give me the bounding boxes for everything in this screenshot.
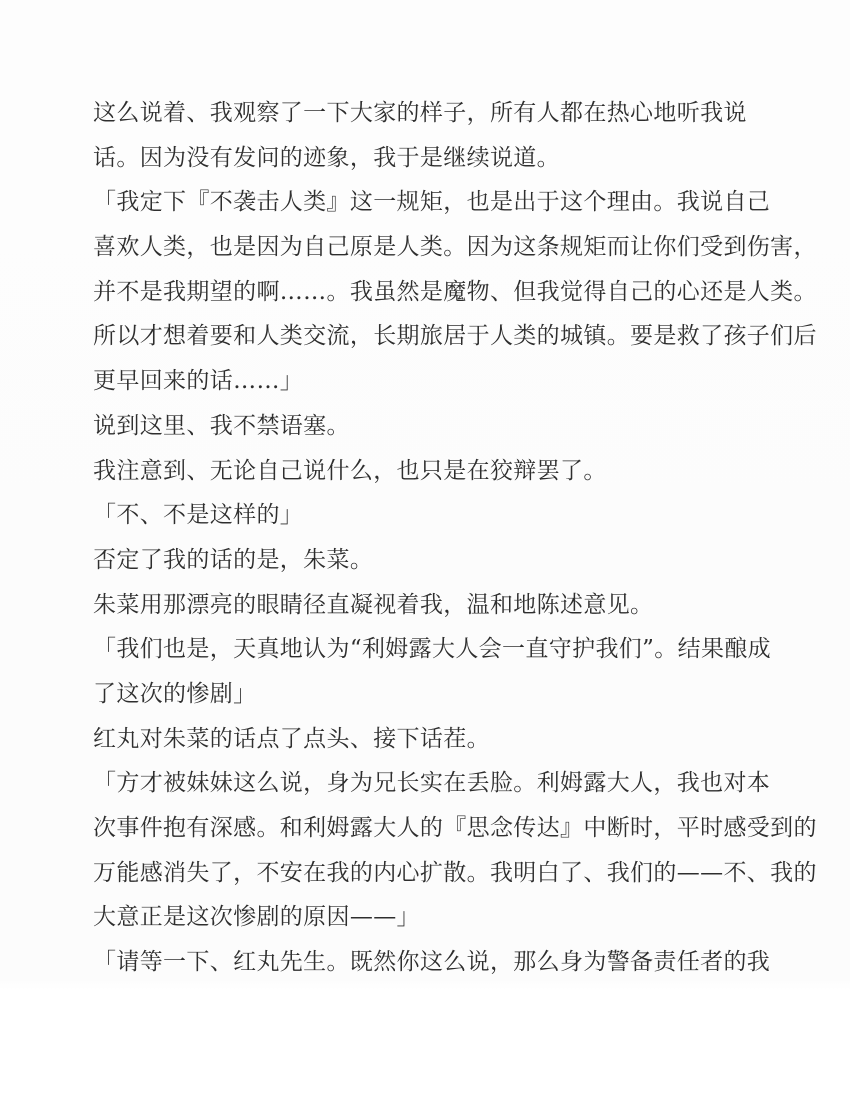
text-line: 喜欢人类，也是因为自己原是人类。因为这条规矩而让你们受到伤害， <box>93 225 765 270</box>
text-line: 「我定下『不袭击人类』这一规矩，也是出于这个理由。我说自己 <box>93 180 765 225</box>
text-line: 话。因为没有发问的迹象，我于是继续说道。 <box>93 136 765 181</box>
text-line: 了这次的惨剧」 <box>93 672 765 717</box>
text-line: 万能感消失了，不安在我的内心扩散。我明白了、我们的——不、我的 <box>93 851 765 896</box>
text-line: 并不是我期望的啊……。我虽然是魔物、但我觉得自己的心还是人类。 <box>93 270 765 315</box>
text-line: 红丸对朱菜的话点了点头、接下话茬。 <box>93 717 765 762</box>
text-line: 否定了我的话的是，朱菜。 <box>93 538 765 583</box>
text-line: 这么说着、我观察了一下大家的样子，所有人都在热心地听我说 <box>93 91 765 136</box>
text-line: 「请等一下、红丸先生。既然你这么说，那么身为警备责任者的我 <box>93 940 765 985</box>
text-line: 次事件抱有深感。和利姆露大人的『思念传达』中断时，平时感受到的 <box>93 806 765 851</box>
text-line: 所以才想着要和人类交流，长期旅居于人类的城镇。要是救了孩子们后 <box>93 314 765 359</box>
text-line: 「方才被妹妹这么说，身为兄长实在丢脸。利姆露大人，我也对本 <box>93 761 765 806</box>
text-line: 更早回来的话……」 <box>93 359 765 404</box>
document-page: 这么说着、我观察了一下大家的样子，所有人都在热心地听我说话。因为没有发问的迹象，… <box>0 0 850 1100</box>
text-line: 朱菜用那漂亮的眼睛径直凝视着我，温和地陈述意见。 <box>93 583 765 628</box>
text-line: 大意正是这次惨剧的原因——」 <box>93 895 765 940</box>
text-line: 「我们也是，天真地认为“利姆露大人会一直守护我们”。结果酿成 <box>93 627 765 672</box>
text-line: 我注意到、无论自己说什么，也只是在狡辩罢了。 <box>93 449 765 494</box>
text-line: 说到这里、我不禁语塞。 <box>93 404 765 449</box>
novel-text-body: 这么说着、我观察了一下大家的样子，所有人都在热心地听我说话。因为没有发问的迹象，… <box>93 91 765 985</box>
text-line: 「不、不是这样的」 <box>93 493 765 538</box>
